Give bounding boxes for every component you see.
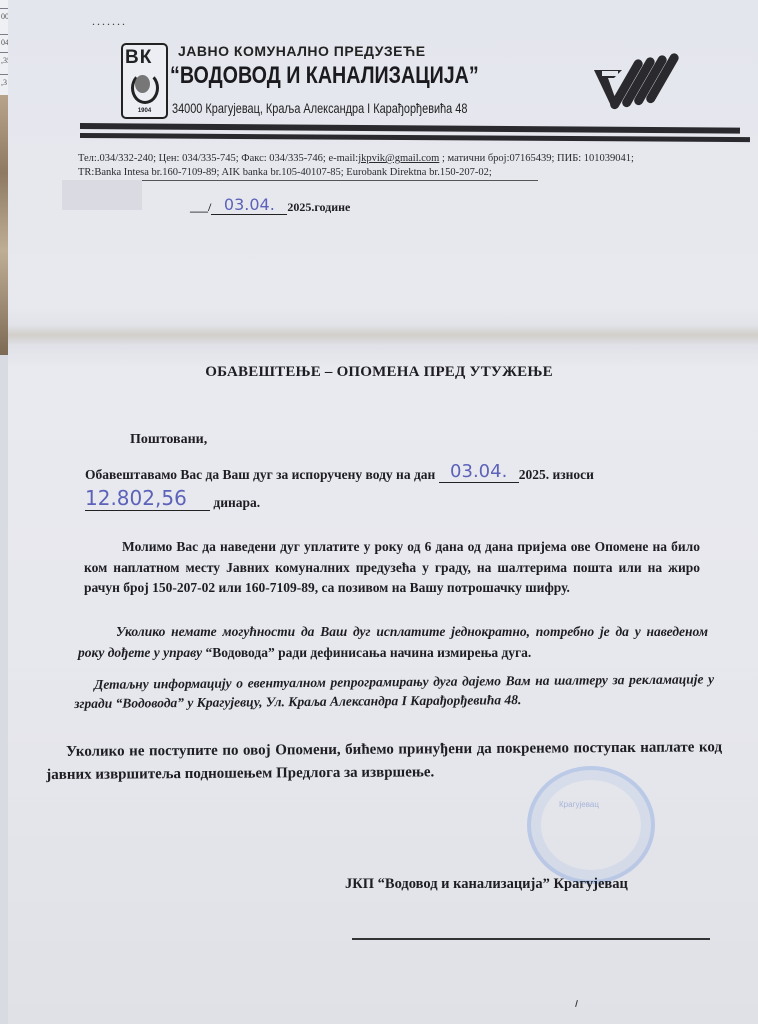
org-address: 34000 Крагујевац, Краља Александра I Кар… bbox=[172, 100, 467, 116]
document-date: ___/03.04.2025.године bbox=[190, 195, 350, 215]
installment-text-rest: “Водовода” ради дефинисања начина измире… bbox=[202, 645, 531, 660]
dotted-marks: ....... bbox=[92, 14, 127, 29]
quality-certification-checkmark-icon bbox=[592, 50, 682, 110]
document-title: ОБАВЕШТЕЊЕ – ОПОМЕНА ПРЕД УТУЖЕЊЕ bbox=[0, 364, 758, 381]
salutation: Поштовани, bbox=[130, 432, 207, 448]
debt-notice-text: Обавештавамо Вас да Ваш дуг за испоручен… bbox=[85, 467, 439, 482]
signature-organization: ЈКП “Водовод и канализација” Крагујевац bbox=[345, 876, 628, 893]
reprogramming-info-paragraph: Детаљну информацију о евентуалном репрог… bbox=[74, 669, 714, 713]
contact-line-1: Тел:.034/332-240; Цен: 034/335-745; Факс… bbox=[78, 153, 634, 164]
contact-ids: ; матични број:07165439; ПИБ: 101039041; bbox=[439, 153, 634, 164]
email-link[interactable]: jkpvik@gmail.com bbox=[358, 153, 439, 164]
handwritten-debt-amount: 12.802,56 bbox=[85, 486, 210, 511]
payment-instructions-paragraph: Молимо Вас да наведени дуг уплатите у ро… bbox=[84, 537, 700, 599]
installment-paragraph: Уколико немате могућности да Ваш дуг исп… bbox=[78, 621, 708, 663]
org-type: ЈАВНО КОМУНАЛНО ПРЕДУЗЕЋЕ bbox=[178, 43, 426, 59]
org-name: “ВОДОВОД И КАНАЛИЗАЦИЈА” bbox=[170, 62, 479, 90]
background-number: ,3 bbox=[1, 78, 7, 87]
debt-year-text: 2025. износи bbox=[519, 467, 594, 482]
company-logo: ВК 1904 bbox=[121, 43, 168, 119]
logo-ball-icon bbox=[135, 75, 150, 93]
stamp-text: Крагујевац bbox=[559, 800, 599, 809]
currency-label: динара. bbox=[210, 495, 260, 510]
contact-phones: Тел:.034/332-240; Цен: 034/335-745; Факс… bbox=[78, 153, 358, 164]
paper-fold-crease bbox=[8, 325, 758, 345]
contact-line-2-bank-accounts: TR:Banka Intesa br.160-7109-89; AIK bank… bbox=[78, 167, 492, 178]
date-prefix: ___/ bbox=[190, 200, 211, 214]
logo-letters: ВК bbox=[125, 47, 152, 69]
handwritten-date: 03.04. bbox=[211, 195, 287, 215]
contact-underline bbox=[78, 180, 538, 181]
debt-amount-line: 12.802,56 динара. bbox=[85, 486, 260, 511]
logo-year: 1904 bbox=[123, 108, 166, 114]
signature-line bbox=[352, 938, 710, 940]
official-round-stamp-icon: Крагујевац bbox=[527, 766, 655, 884]
debt-notice-line: Обавештавамо Вас да Ваш дуг за испоручен… bbox=[85, 461, 594, 483]
date-suffix: 2025.године bbox=[287, 200, 350, 214]
handwritten-debt-date: 03.04. bbox=[439, 461, 519, 483]
redacted-area bbox=[62, 180, 142, 210]
